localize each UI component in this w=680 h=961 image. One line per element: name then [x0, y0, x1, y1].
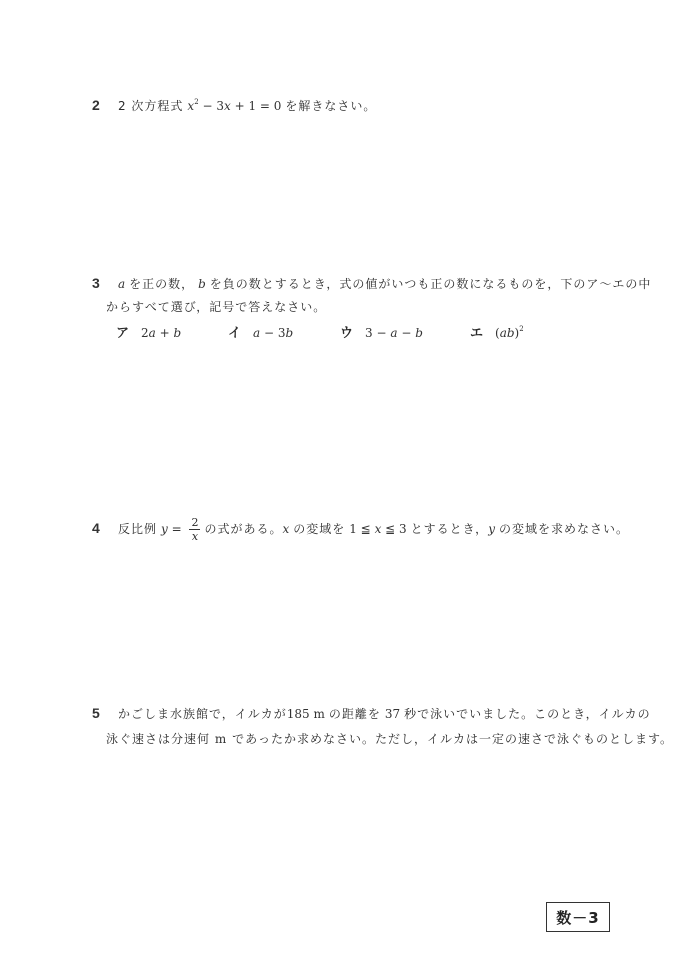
math-var: a — [118, 277, 125, 291]
choice-e: エ(ab)2 — [470, 322, 524, 341]
math-expr: − 3 — [260, 326, 285, 340]
math-expr: 3 − — [365, 326, 390, 340]
question-text: かごしま水族館で，イルカが — [118, 707, 287, 721]
question-5: 5 かごしま水族館で，イルカが185 m の距離を 37 秒で泳いでいました。こ… — [92, 703, 651, 724]
question-text: を解きなさい。 — [285, 99, 376, 113]
choice-label: イ — [228, 326, 241, 341]
math-var: ab — [500, 326, 515, 340]
choice-label: ウ — [340, 326, 353, 341]
math-var: a — [390, 326, 397, 340]
choice-label: エ — [470, 326, 483, 341]
question-4: 4 反比例 y = 2xの式がある。x の変域を 1 ≦ x ≦ 3 とするとき… — [92, 511, 629, 546]
question-text: 秒で泳いでいました。このとき，イルカの — [404, 707, 651, 721]
question-text: の式がある。 — [204, 522, 282, 536]
question-number: 3 — [92, 273, 114, 293]
question-text: とするとき， — [411, 522, 489, 536]
math-expr: 2 — [141, 326, 149, 340]
choice-a: ア2a + b — [116, 322, 181, 341]
math-var: y — [488, 522, 495, 536]
question-text: 2 次方程式 — [118, 99, 183, 113]
choice-label: ア — [116, 326, 129, 341]
math-var: b — [198, 277, 206, 291]
math-var: b — [286, 326, 294, 340]
question-text: を正の数， — [129, 277, 194, 291]
fraction-numerator: 2 — [189, 516, 200, 530]
question-text: を負の数とするとき，式の値がいつも正の数になるものを，下のア～エの中 — [210, 277, 652, 291]
math-expr: + 1 = 0 — [231, 99, 282, 113]
math-var: b — [174, 326, 182, 340]
math-expr: 1 ≦ — [349, 522, 374, 536]
question-2: 2 2 次方程式 x2 − 3x + 1 = 0 を解きなさい。 — [92, 92, 376, 116]
math-expr: − 3 — [199, 99, 224, 113]
question-3-line-2: からすべて選び，記号で答えなさい。 — [106, 297, 326, 317]
fraction: 2x — [189, 516, 200, 543]
question-text: の距離を — [329, 707, 381, 721]
fraction-denominator: x — [189, 530, 200, 543]
math-var: x — [224, 99, 231, 113]
question-number: 5 — [92, 703, 114, 723]
choice-i: イa − 3b — [228, 322, 293, 341]
question-text: 泳ぐ速さは分速何 — [106, 732, 210, 746]
question-5-line-2: 泳ぐ速さは分速何 m であったか求めなさい。ただし，イルカは一定の速さで泳ぐもの… — [106, 729, 673, 749]
question-text: の変域を求めなさい。 — [499, 522, 629, 536]
math-expr: + — [156, 326, 174, 340]
page-number-label: 数－3 — [546, 902, 610, 932]
unit: m — [215, 732, 227, 746]
math-var: y — [161, 522, 168, 536]
choice-u: ウ3 − a − b — [340, 322, 423, 341]
math-var: a — [149, 326, 156, 340]
question-text: の変域を — [293, 522, 345, 536]
math-expr: = — [168, 522, 186, 536]
math-var: x — [282, 522, 289, 536]
question-3: 3 a を正の数， b を負の数とするとき，式の値がいつも正の数になるものを，下… — [92, 273, 651, 294]
question-text: 反比例 — [118, 522, 157, 536]
math-expr: ≦ 3 — [381, 522, 406, 536]
distance-value: 185 m — [287, 707, 325, 721]
math-expr: − — [398, 326, 416, 340]
question-number: 2 — [92, 95, 114, 115]
math-var: b — [415, 326, 423, 340]
seconds-value: 37 — [385, 707, 400, 721]
question-number: 4 — [92, 511, 114, 545]
question-text: であったか求めなさい。ただし，イルカは一定の速さで泳ぐものとします。 — [232, 732, 673, 746]
math-exponent: 2 — [519, 325, 523, 333]
